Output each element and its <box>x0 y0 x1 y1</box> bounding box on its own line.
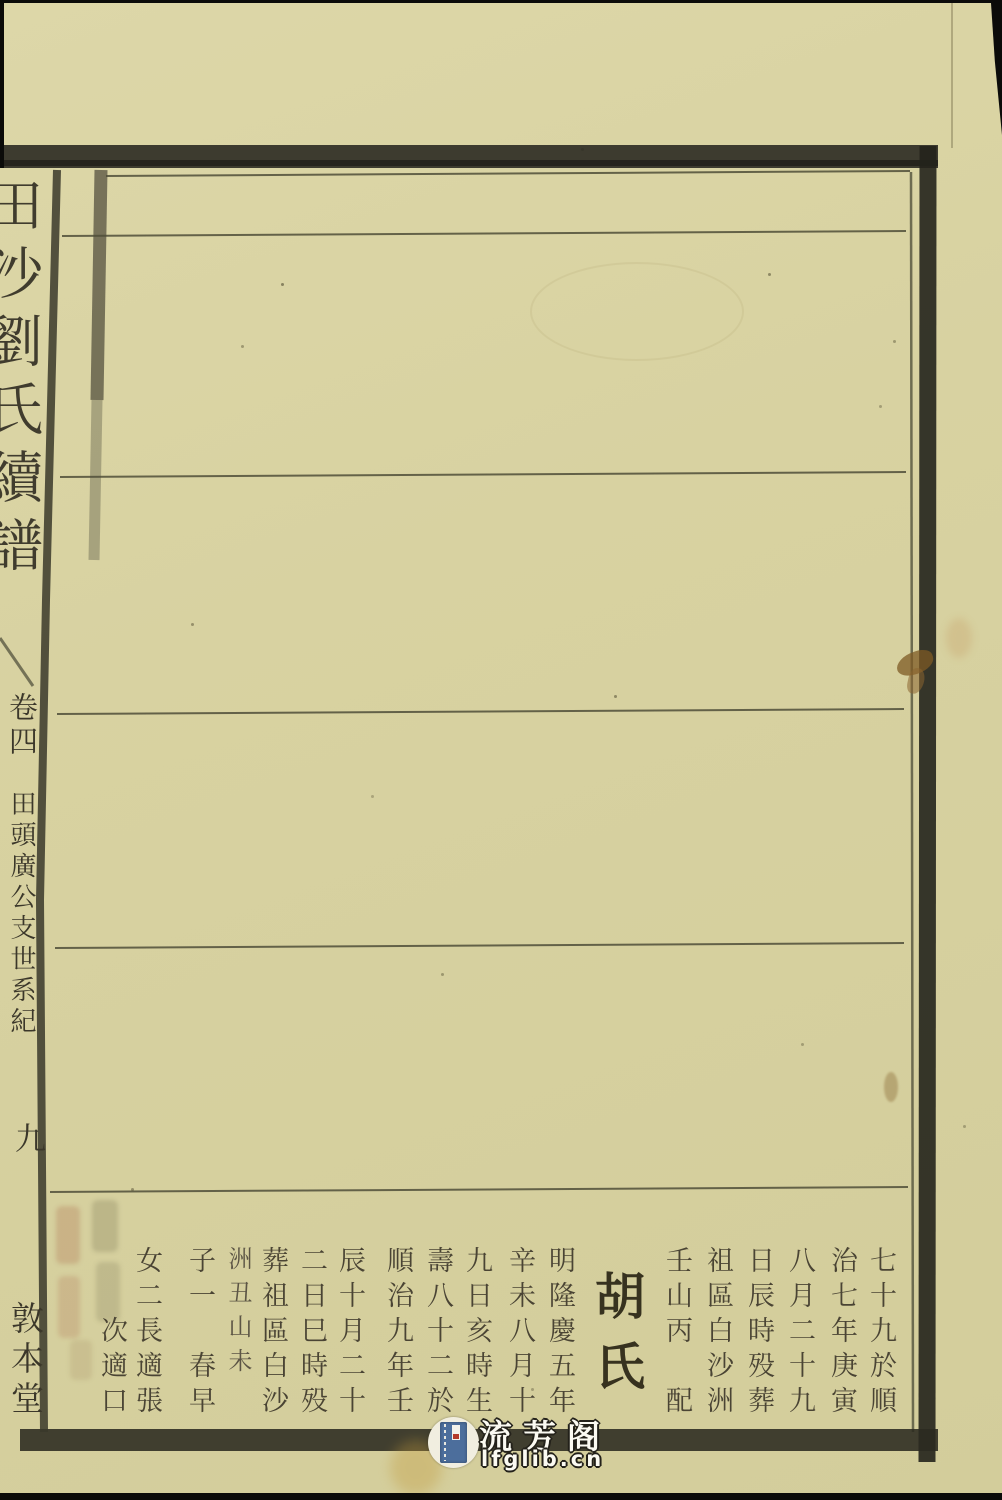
genealogy-text-column: 二日巳時殁 <box>297 1246 325 1421</box>
genealogy-text-column: 葬祖區白沙 <box>258 1246 286 1421</box>
scanned-page: 田沙劉氏續譜 卷四 田頭廣公支世系紀 九 敦本堂 七十九於順治七年庚寅八月二十九… <box>0 0 1002 1500</box>
spouse-name-column: 胡氏 <box>587 1270 645 1410</box>
spine-section-label: 田頭廣公支世系紀 <box>3 790 40 1038</box>
daughters-column-right: 女二長適張 <box>132 1246 160 1421</box>
genealogy-text-column: 辰十月二十 <box>335 1246 363 1421</box>
genealogy-text-column: 七十九於順 <box>866 1246 894 1421</box>
photo-edge-bottom <box>0 1493 1002 1500</box>
daughters-column-left: 次適口 <box>97 1316 125 1421</box>
watermark-book-seal <box>453 1434 459 1439</box>
watermark-book-stitch <box>444 1424 446 1461</box>
genealogy-text-column: 辛未八月十 <box>505 1246 533 1421</box>
photo-edge-top <box>0 0 1002 3</box>
genealogy-text-column: 順治九年壬 <box>383 1246 411 1421</box>
genealogy-text-column: 八月二十九 <box>785 1246 813 1421</box>
spine-book-title: 田沙劉氏續譜 <box>0 176 50 584</box>
genealogy-text-column: 壬山丙 配 <box>662 1246 690 1421</box>
spine-hall-mark: 敦本堂 <box>2 1301 49 1421</box>
spine-page-number: 九 <box>5 1122 50 1153</box>
genealogy-text-column: 洲丑山未 <box>224 1246 252 1382</box>
photo-edge-left <box>0 0 4 168</box>
genealogy-text-column: 明隆慶五年 <box>545 1246 573 1421</box>
watermark-site-url: lfglib.cn <box>481 1447 604 1471</box>
genealogy-text-column: 日辰時殁葬 <box>744 1246 772 1421</box>
spine-volume-label: 卷四 <box>2 692 43 760</box>
genealogy-text-column: 九日亥時生 <box>462 1246 490 1421</box>
genealogy-text-column: 壽八十二於 <box>423 1246 451 1421</box>
genealogy-text-column: 治七年庚寅 <box>827 1246 855 1421</box>
genealogy-text-column: 子一 春早 <box>185 1246 213 1421</box>
genealogy-text-column: 祖區白沙洲 <box>703 1246 731 1421</box>
